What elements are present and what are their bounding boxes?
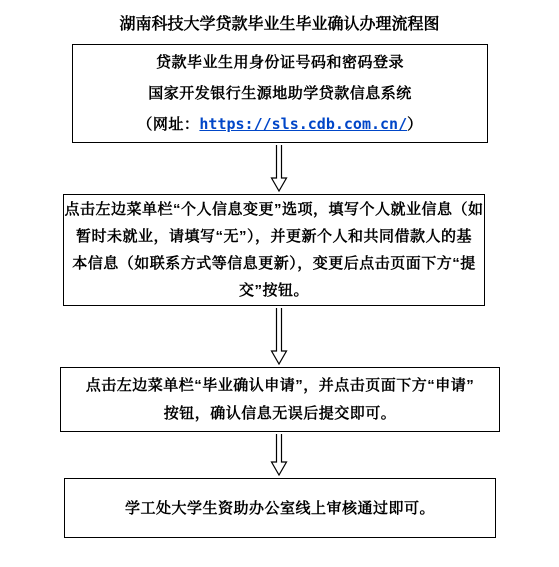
down-arrow-icon bbox=[268, 145, 290, 192]
flowchart-page: 湖南科技大学贷款毕业生毕业确认办理流程图 贷款毕业生用身份证号码和密码登录 国家… bbox=[0, 0, 559, 567]
step-text-line: 点击左边菜单栏“毕业确认申请”，并点击页面下方“申请” bbox=[61, 372, 499, 400]
step-text-line: 学工处大学生资助办公室线上审核通过即可。 bbox=[65, 495, 495, 522]
flowchart-title: 湖南科技大学贷款毕业生毕业确认办理流程图 bbox=[0, 11, 559, 34]
cdb-system-link[interactable]: https://sls.cdb.com.cn/ bbox=[199, 115, 407, 133]
flow-step-login-box: 贷款毕业生用身份证号码和密码登录 国家开发银行生源地助学贷款信息系统 （网址：h… bbox=[72, 44, 488, 143]
step-text-line: 点击左边菜单栏“个人信息变更”选项，填写个人就业信息（如 bbox=[64, 196, 484, 223]
flow-step-personal-info-box: 点击左边菜单栏“个人信息变更”选项，填写个人就业信息（如 暂时未就业，请填写“无… bbox=[63, 194, 485, 306]
down-arrow-icon bbox=[268, 308, 290, 365]
url-suffix-text: ） bbox=[407, 116, 423, 133]
step-text-line: 按钮，确认信息无误后提交即可。 bbox=[61, 400, 499, 428]
step-text-line: 本信息（如联系方式等信息更新），变更后点击页面下方“提 bbox=[64, 250, 484, 277]
flow-step-review-box: 学工处大学生资助办公室线上审核通过即可。 bbox=[64, 478, 496, 538]
step-text-line: 暂时未就业，请填写“无”），并更新个人和共同借款人的基 bbox=[64, 223, 484, 250]
step-text-line: 交”按钮。 bbox=[64, 277, 484, 304]
step-url-line: （网址：https://sls.cdb.com.cn/） bbox=[73, 109, 487, 140]
step-text-line: 国家开发银行生源地助学贷款信息系统 bbox=[73, 78, 487, 109]
flow-step-graduation-confirm-box: 点击左边菜单栏“毕业确认申请”，并点击页面下方“申请” 按钮，确认信息无误后提交… bbox=[60, 367, 500, 432]
step-text-line: 贷款毕业生用身份证号码和密码登录 bbox=[73, 47, 487, 78]
down-arrow-icon bbox=[268, 434, 290, 476]
url-prefix-text: （网址： bbox=[137, 116, 199, 133]
